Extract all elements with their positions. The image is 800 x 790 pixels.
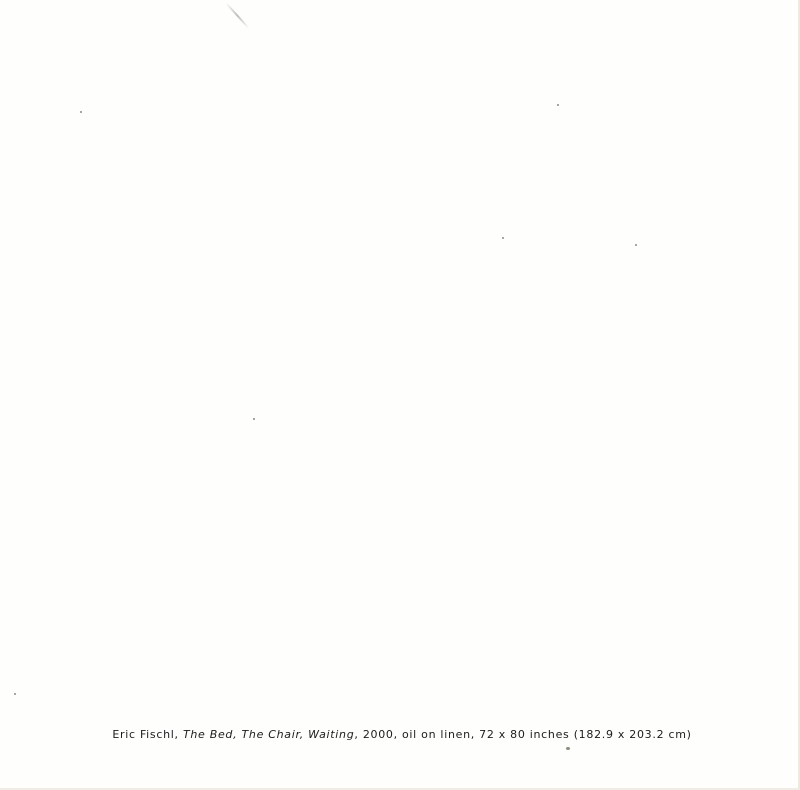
artwork-caption: Eric Fischl, The Bed, The Chair, Waiting…	[0, 728, 800, 741]
caption-separator: ,	[354, 728, 362, 741]
dust-speck	[635, 244, 637, 246]
paper-crease-mark	[225, 2, 249, 29]
artist-name: Eric Fischl	[112, 728, 174, 741]
dust-speck	[566, 747, 570, 750]
dust-speck	[80, 111, 82, 113]
dust-speck	[14, 693, 16, 695]
caption-separator: ,	[175, 728, 183, 741]
artwork-title: The Bed, The Chair, Waiting	[183, 728, 354, 741]
scanned-page: Eric Fischl, The Bed, The Chair, Waiting…	[0, 0, 800, 790]
dust-speck	[557, 104, 559, 106]
artwork-details: 2000, oil on linen, 72 x 80 inches (182.…	[363, 728, 692, 741]
dust-speck	[502, 237, 504, 239]
dust-speck	[253, 418, 255, 420]
